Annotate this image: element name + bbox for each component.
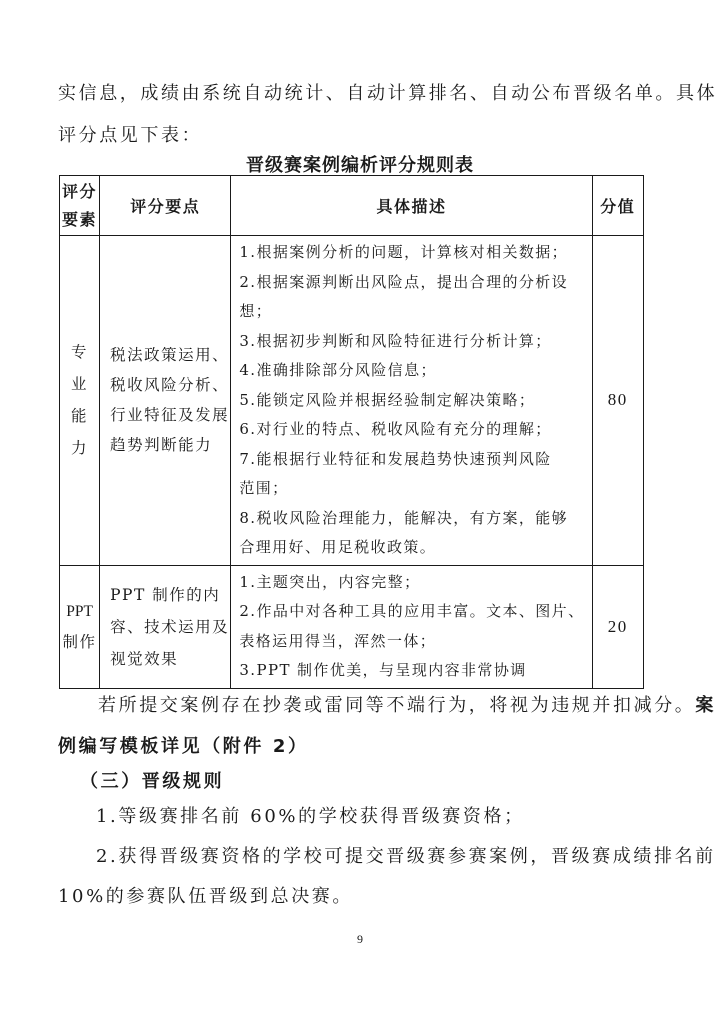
- points-line: 税收风险分析、: [110, 370, 230, 400]
- table-caption: 晋级赛案例编析评分规则表: [0, 151, 720, 177]
- template-reference-start: 案: [695, 695, 716, 716]
- element-line: PPT: [60, 597, 99, 627]
- element-line: 制作: [60, 627, 99, 657]
- description-line: 5.能锁定风险并根据经验制定解决策略；: [239, 386, 589, 416]
- description-line: 8.税收风险治理能力，能解决，有方案，能够: [239, 504, 589, 534]
- rule-2-line-2: 10%的参赛队伍晋级到总决赛。: [58, 882, 658, 908]
- header-element-line: 评分: [60, 178, 99, 206]
- points-line: 容、技术运用及: [110, 611, 230, 643]
- intro-line-2: 评分点见下表：: [58, 121, 658, 147]
- description-line: 3.根据初步判断和风险特征进行分析计算；: [239, 327, 589, 357]
- description-line: 4.准确排除部分风险信息；: [239, 356, 589, 386]
- page-number: 9: [0, 932, 720, 947]
- row-score: 20: [592, 565, 643, 688]
- description-line: 1.根据案例分析的问题，计算核对相关数据；: [239, 238, 589, 268]
- rule-1: 1.等级赛排名前 60%的学校获得晋级赛资格；: [96, 802, 696, 828]
- description-line: 2.根据案源判断出风险点，提出合理的分析设: [239, 268, 589, 298]
- element-char: 能: [60, 400, 99, 432]
- table-row: PPT 制作 PPT 制作的内 容、技术运用及 视觉效果 1.主题突出，内容完整…: [60, 565, 644, 688]
- header-points: 评分要点: [100, 176, 231, 236]
- template-reference: 例编写模板详见（附件 2）: [58, 732, 658, 758]
- description-line: 范围；: [239, 474, 589, 504]
- row-description: 1.主题突出，内容完整； 2.作品中对各种工具的应用丰富。文本、图片、 表格运用…: [231, 565, 592, 688]
- description-line: 2.作品中对各种工具的应用丰富。文本、图片、: [239, 597, 589, 627]
- points-line: 趋势判断能力: [110, 430, 230, 460]
- element-char: 业: [60, 368, 99, 400]
- scoring-rules-table: 评分 要素 评分要点 具体描述 分值 专 业 能 力 税法政策运用、 税收风险分…: [59, 175, 644, 689]
- row-score: 80: [592, 236, 643, 566]
- header-description: 具体描述: [231, 176, 592, 236]
- description-line: 合理用好、用足税收政策。: [239, 533, 589, 563]
- element-char: 力: [60, 432, 99, 464]
- element-char: 专: [60, 336, 99, 368]
- row-element: 专 业 能 力: [60, 236, 100, 566]
- table-header-row: 评分 要素 评分要点 具体描述 分值: [60, 176, 644, 236]
- row-points: 税法政策运用、 税收风险分析、 行业特征及发展 趋势判断能力: [100, 236, 231, 566]
- points-line: 视觉效果: [110, 643, 230, 675]
- description-line: 表格运用得当，浑然一体；: [239, 627, 589, 657]
- description-line: 1.主题突出，内容完整；: [239, 568, 589, 598]
- points-line: 税法政策运用、: [110, 340, 230, 370]
- plagiarism-text: 若所提交案例存在抄袭或雷同等不端行为，将视为违规并扣减分。: [98, 695, 695, 716]
- points-line: PPT 制作的内: [110, 579, 230, 611]
- points-line: 行业特征及发展: [110, 400, 230, 430]
- table-row: 专 业 能 力 税法政策运用、 税收风险分析、 行业特征及发展 趋势判断能力 1…: [60, 236, 644, 566]
- intro-line-1: 实信息，成绩由系统自动统计、自动计算排名、自动公布晋级名单。具体: [58, 79, 658, 105]
- description-line: 3.PPT 制作优美，与呈现内容非常协调: [239, 656, 589, 686]
- header-element-line: 要素: [60, 206, 99, 234]
- description-line: 6.对行业的特点、税收风险有充分的理解；: [239, 415, 589, 445]
- description-line: 7.能根据行业特征和发展趋势快速预判风险: [239, 445, 589, 475]
- row-description: 1.根据案例分析的问题，计算核对相关数据； 2.根据案源判断出风险点，提出合理的…: [231, 236, 592, 566]
- header-score: 分值: [592, 176, 643, 236]
- row-points: PPT 制作的内 容、技术运用及 视觉效果: [100, 565, 231, 688]
- plagiarism-paragraph: 若所提交案例存在抄袭或雷同等不端行为，将视为违规并扣减分。案: [98, 691, 698, 717]
- section-heading: （三）晋级规则: [80, 767, 680, 793]
- rule-2-line-1: 2.获得晋级赛资格的学校可提交晋级赛参赛案例，晋级赛成绩排名前: [96, 842, 696, 868]
- description-line: 想；: [239, 297, 589, 327]
- row-element: PPT 制作: [60, 565, 100, 688]
- header-element: 评分 要素: [60, 176, 100, 236]
